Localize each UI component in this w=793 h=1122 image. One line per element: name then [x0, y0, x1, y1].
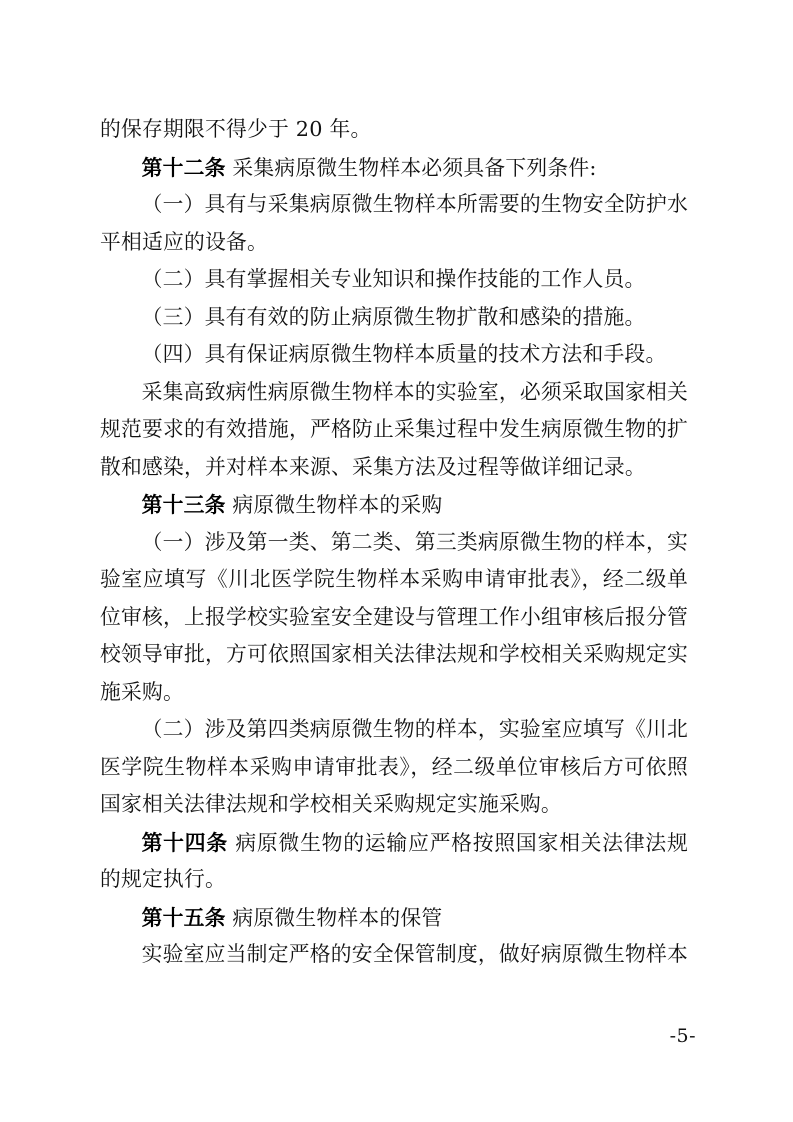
line-text: 采集高致病性病原微生物样本的实验室，必须采取国家相关: [142, 380, 688, 404]
text-line: （一）涉及第一类、第二类、第三类病原微生物的样本，实: [100, 524, 688, 562]
line-text: 校领导审批，方可依照国家相关法律法规和学校相关采购规定实: [100, 642, 688, 666]
line-text: 病原微生物样本的采购: [226, 493, 443, 517]
line-text: 的保存期限不得少于 20 年。: [100, 117, 371, 141]
text-line: 规范要求的有效措施，严格防止采集过程中发生病原微生物的扩: [100, 411, 688, 449]
text-line: （四）具有保证病原微生物样本质量的技术方法和手段。: [100, 336, 688, 374]
line-text: 施采购。: [100, 680, 184, 704]
line-text: 国家相关法律法规和学校相关采购规定实施采购。: [100, 792, 562, 816]
text-line: （二）具有掌握相关专业知识和操作技能的工作人员。: [100, 261, 688, 299]
text-line: 国家相关法律法规和学校相关采购规定实施采购。: [100, 786, 688, 824]
text-line: 校领导审批，方可依照国家相关法律法规和学校相关采购规定实: [100, 636, 688, 674]
text-line: 施采购。: [100, 674, 688, 712]
article-number: 第十四条: [142, 830, 228, 855]
line-text: 病原微生物样本的保管: [226, 906, 443, 930]
text-line: （三）具有有效的防止病原微生物扩散和感染的措施。: [100, 299, 688, 337]
text-line: 散和感染，并对样本来源、采集方法及过程等做详细记录。: [100, 449, 688, 487]
text-line: 平相适应的设备。: [100, 224, 688, 262]
document-page: 的保存期限不得少于 20 年。第十二条 采集病原微生物样本必须具备下列条件:（一…: [0, 0, 793, 1122]
line-text: 病原微生物的运输应严格按照国家相关法律法规: [228, 831, 688, 855]
line-text: （三）具有有效的防止病原微生物扩散和感染的措施。: [142, 305, 646, 329]
text-line: 的规定执行。: [100, 861, 688, 899]
text-line: 第十五条 病原微生物样本的保管: [100, 899, 688, 937]
line-text: 位审核，上报学校实验室安全建设与管理工作小组审核后报分管: [100, 605, 688, 629]
line-text: 采集病原微生物样本必须具备下列条件:: [226, 156, 597, 180]
text-line: （二）涉及第四类病原微生物的样本，实验室应填写《川北: [100, 711, 688, 749]
text-line: （一）具有与采集病原微生物样本所需要的生物安全防护水: [100, 186, 688, 224]
article-number: 第十三条: [142, 492, 226, 517]
line-text: 实验室应当制定严格的安全保管制度，做好病原微生物样本: [142, 942, 688, 966]
article-number: 第十五条: [142, 905, 226, 930]
line-text: （一）涉及第一类、第二类、第三类病原微生物的样本，实: [142, 530, 688, 554]
line-text: （一）具有与采集病原微生物样本所需要的生物安全防护水: [142, 192, 688, 216]
text-line: 第十二条 采集病原微生物样本必须具备下列条件:: [100, 149, 688, 187]
line-text: 的规定执行。: [100, 867, 226, 891]
article-number: 第十二条: [142, 155, 226, 180]
text-line: 位审核，上报学校实验室安全建设与管理工作小组审核后报分管: [100, 599, 688, 637]
text-line: 的保存期限不得少于 20 年。: [100, 111, 688, 149]
line-text: 平相适应的设备。: [100, 230, 268, 254]
text-line: 实验室应当制定严格的安全保管制度，做好病原微生物样本: [100, 936, 688, 974]
text-line: 验室应填写《川北医学院生物样本采购申请审批表》，经二级单: [100, 561, 688, 599]
text-line: 第十三条 病原微生物样本的采购: [100, 486, 688, 524]
line-text: 规范要求的有效措施，严格防止采集过程中发生病原微生物的扩: [100, 417, 688, 441]
page-number: -5-: [670, 1024, 696, 1048]
text-line: 医学院生物样本采购申请审批表》，经二级单位审核后方可依照: [100, 749, 688, 787]
line-text: （四）具有保证病原微生物样本质量的技术方法和手段。: [142, 342, 667, 366]
text-line: 第十四条 病原微生物的运输应严格按照国家相关法律法规: [100, 824, 688, 862]
line-text: （二）具有掌握相关专业知识和操作技能的工作人员。: [142, 267, 646, 291]
line-text: 散和感染，并对样本来源、采集方法及过程等做详细记录。: [100, 455, 646, 479]
line-text: 医学院生物样本采购申请审批表》，经二级单位审核后方可依照: [100, 755, 688, 779]
document-body: 的保存期限不得少于 20 年。第十二条 采集病原微生物样本必须具备下列条件:（一…: [100, 111, 688, 974]
line-text: 验室应填写《川北医学院生物样本采购申请审批表》，经二级单: [100, 567, 688, 591]
text-line: 采集高致病性病原微生物样本的实验室，必须采取国家相关: [100, 374, 688, 412]
line-text: （二）涉及第四类病原微生物的样本，实验室应填写《川北: [142, 717, 688, 741]
